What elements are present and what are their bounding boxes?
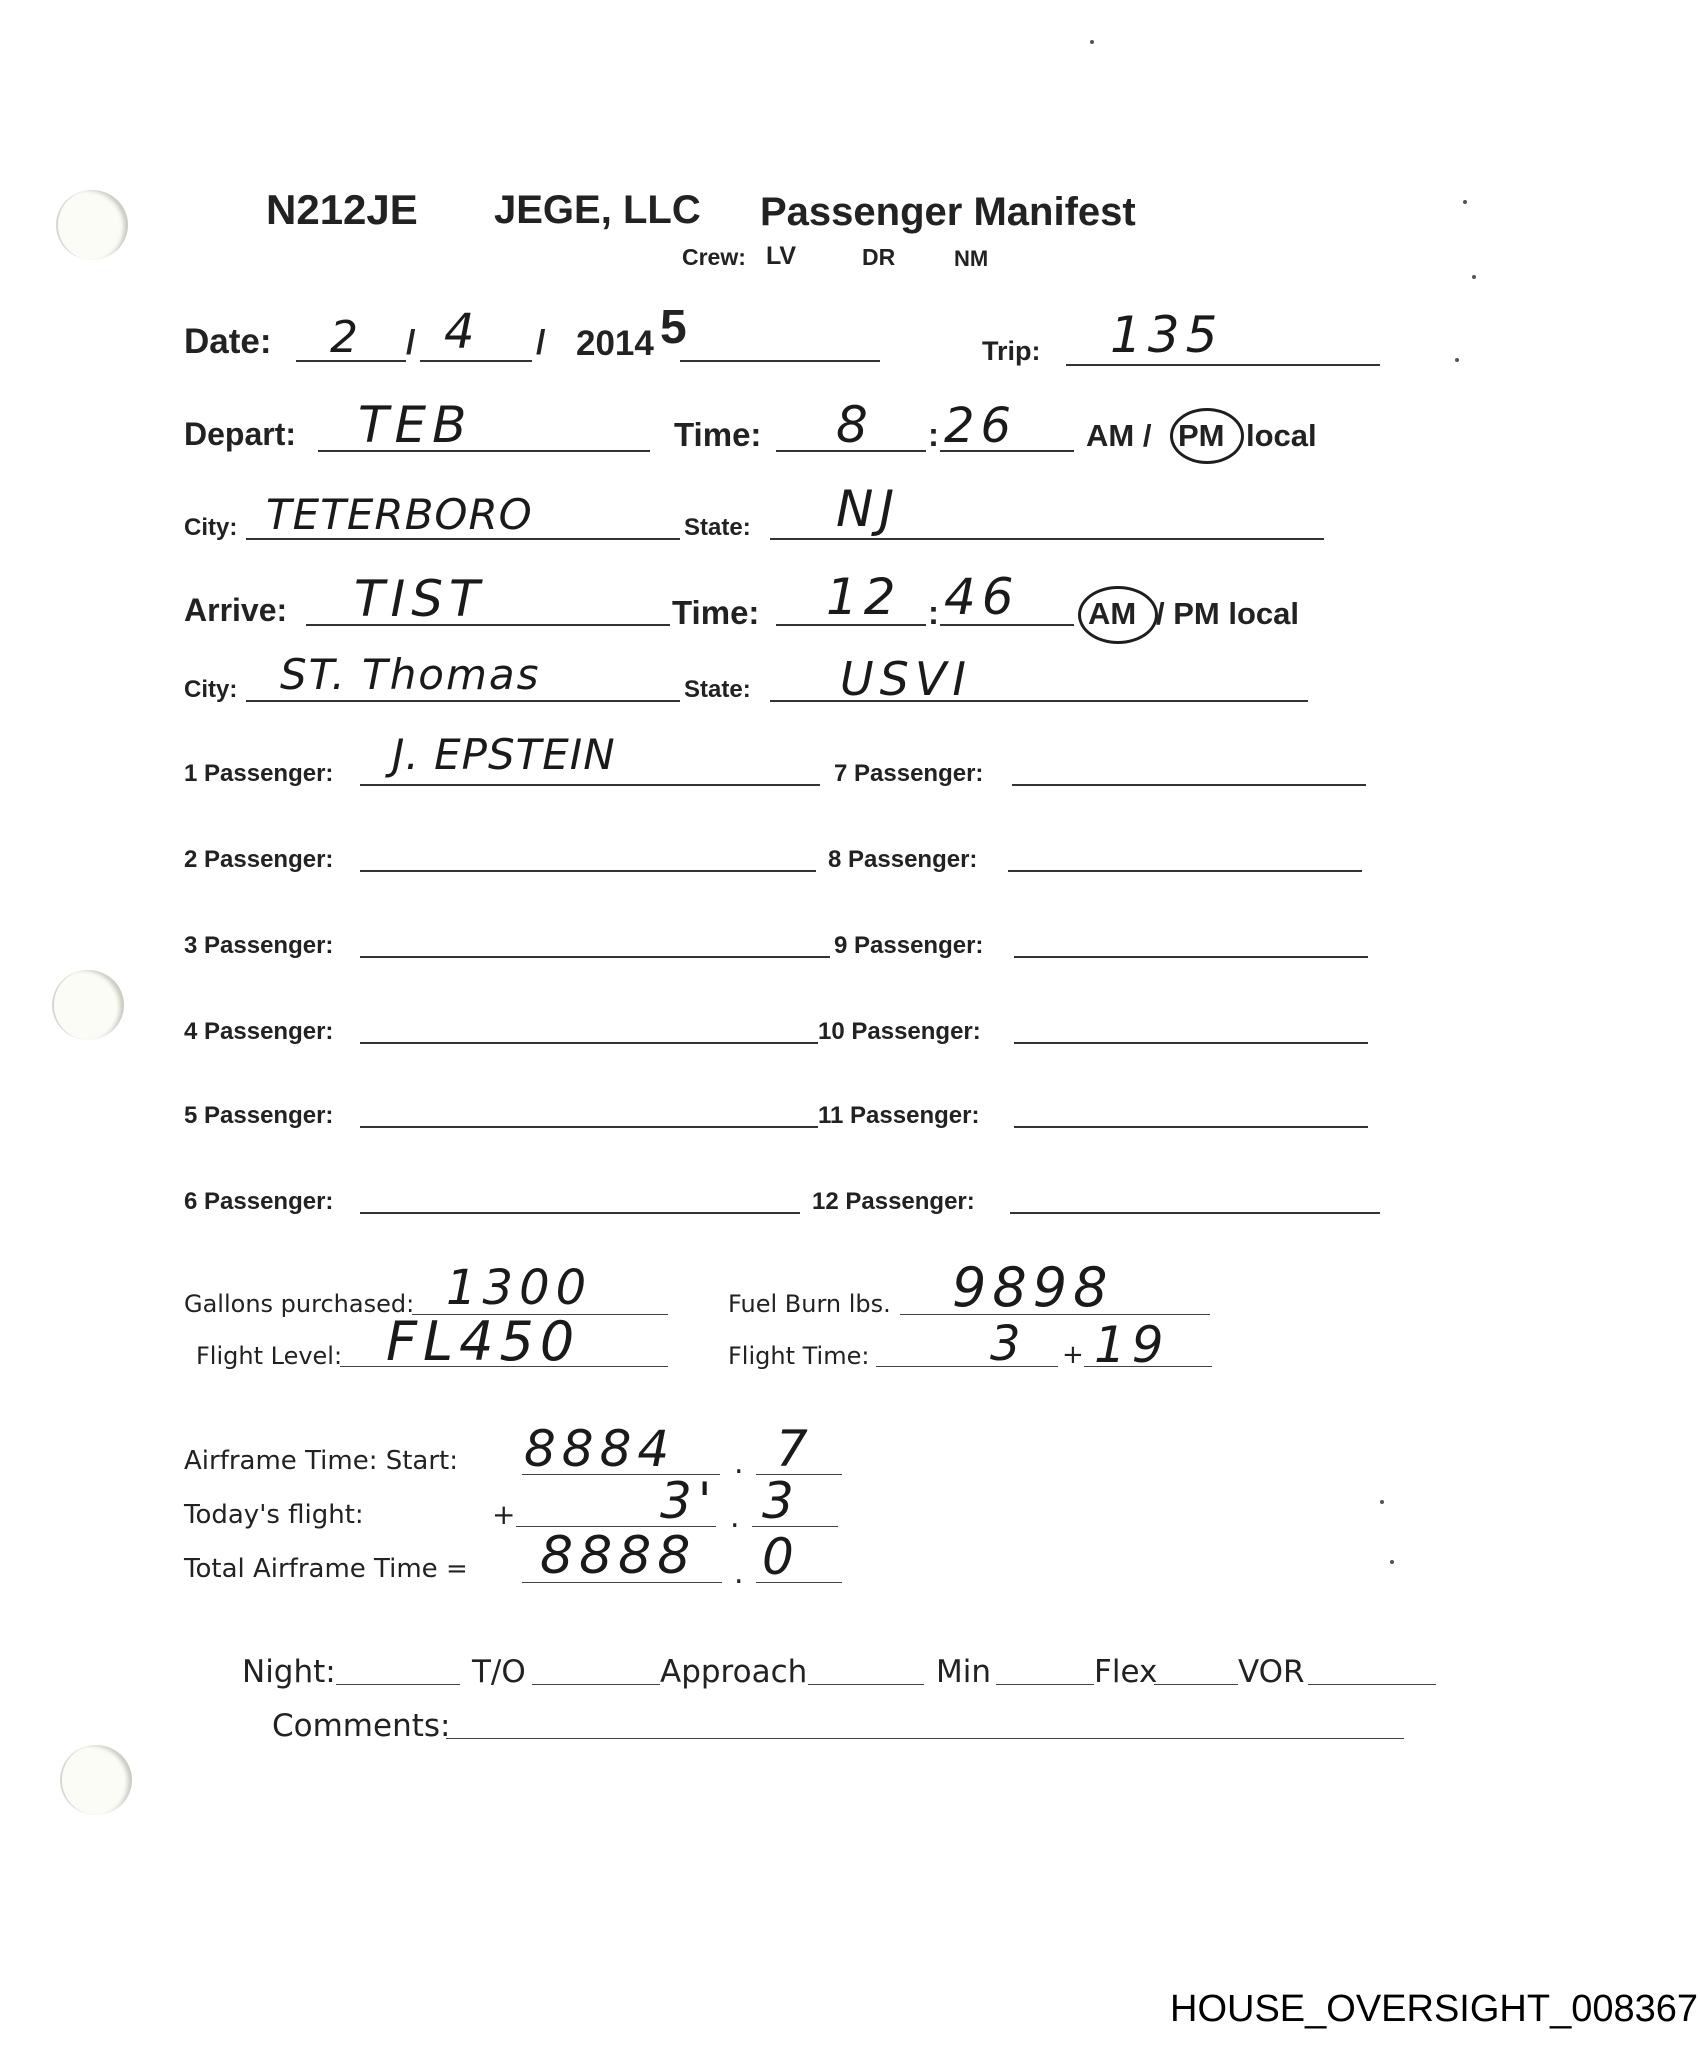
todays-flight-plus: + (492, 1498, 515, 1531)
min-label: Min (936, 1654, 991, 1690)
depart-state-value[interactable]: NJ (836, 480, 900, 538)
punch-hole-bottom (60, 1745, 132, 1815)
date-day-value[interactable]: 4 (444, 304, 481, 360)
passenger-8-label: 8 Passenger: (828, 846, 977, 874)
depart-hour-value[interactable]: 8 (836, 396, 874, 454)
depart-city-label: City: (184, 514, 237, 542)
passenger-4-label: 4 Passenger: (184, 1018, 333, 1046)
arrive-city-line (246, 700, 680, 702)
date-separator-2: / (536, 324, 545, 363)
trip-value[interactable]: 135 (1110, 306, 1223, 364)
trip-line (1066, 364, 1380, 366)
comments-line[interactable] (446, 1738, 1404, 1739)
flight-time-minutes-value[interactable]: 19 (1094, 1316, 1170, 1374)
fuel-burn-value[interactable]: 9898 (952, 1256, 1113, 1319)
passenger-1-label: 1 Passenger: (184, 760, 333, 788)
arrive-label: Arrive: (184, 592, 287, 629)
total-airframe-tenth-value[interactable]: 0 (762, 1528, 800, 1586)
total-airframe-whole-value[interactable]: 8888 (540, 1526, 696, 1586)
passenger-6-label: 6 Passenger: (184, 1188, 333, 1216)
passenger-10-line[interactable] (1014, 1042, 1368, 1044)
airframe-start-dot: . (734, 1446, 744, 1481)
depart-time-colon: : (928, 416, 939, 454)
vor-line[interactable] (1308, 1684, 1436, 1685)
passenger-4-line[interactable] (360, 1042, 818, 1044)
fuel-burn-label: Fuel Burn lbs. (728, 1290, 891, 1318)
passenger-1-value[interactable]: J. EPSTEIN (392, 730, 616, 779)
depart-label: Depart: (184, 416, 296, 453)
arrive-airport-value[interactable]: TIST (354, 570, 486, 628)
arrive-time-colon: : (928, 594, 939, 632)
scan-speck (1455, 358, 1459, 362)
arrive-minute-value[interactable]: 46 (944, 568, 1020, 626)
flight-level-label: Flight Level: (196, 1342, 342, 1370)
todays-flight-tenth-value[interactable]: 3 (762, 1472, 800, 1530)
passenger-11-label: 11 Passenger: (818, 1102, 979, 1130)
page-title: Passenger Manifest (760, 190, 1136, 235)
scan-speck (1472, 275, 1476, 279)
approach-label: Approach (660, 1654, 807, 1690)
punch-hole-middle (52, 970, 124, 1040)
depart-city-value[interactable]: TETERBORO (266, 490, 533, 539)
total-airframe-dot: . (734, 1556, 744, 1591)
airframe-start-whole-value[interactable]: 8884 (524, 1420, 675, 1478)
passenger-10-label: 10 Passenger: (818, 1018, 981, 1046)
flex-line[interactable] (1154, 1684, 1238, 1685)
arrive-city-label: City: (184, 676, 237, 704)
gallons-purchased-label: Gallons purchased: (184, 1290, 414, 1318)
depart-time-label: Time: (674, 416, 761, 454)
arrive-state-value[interactable]: USVI (840, 652, 972, 706)
passenger-9-label: 9 Passenger: (834, 932, 983, 960)
passenger-1-line (360, 784, 820, 786)
company-name: JEGE, LLC (494, 188, 701, 233)
passenger-2-label: 2 Passenger: (184, 846, 333, 874)
bates-number: HOUSE_OVERSIGHT_008367 (1170, 1988, 1698, 2031)
approach-line[interactable] (808, 1684, 924, 1685)
todays-flight-dot: . (730, 1500, 740, 1535)
passenger-6-line[interactable] (360, 1212, 800, 1214)
gallons-purchased-value[interactable]: 1300 (446, 1260, 592, 1316)
scan-speck (1463, 200, 1467, 204)
date-year-correction[interactable]: 5 (660, 300, 687, 355)
depart-pm-selected-circle (1170, 408, 1244, 464)
vor-label: VOR (1238, 1654, 1305, 1690)
arrive-state-label: State: (684, 676, 751, 704)
date-year-line (680, 360, 880, 362)
depart-state-line (770, 538, 1324, 540)
depart-local-label: local (1246, 418, 1317, 454)
flex-label: Flex (1094, 1654, 1157, 1690)
takeoff-line[interactable] (532, 1684, 660, 1685)
todays-flight-whole-value[interactable]: 3' (660, 1472, 718, 1530)
passenger-9-line[interactable] (1014, 956, 1368, 958)
passenger-7-label: 7 Passenger: (834, 760, 983, 788)
depart-am-option[interactable]: AM / (1086, 418, 1151, 454)
date-month-value[interactable]: 2 (330, 312, 364, 363)
flight-time-hours-value[interactable]: 3 (990, 1316, 1027, 1372)
depart-state-label: State: (684, 514, 751, 542)
passenger-3-label: 3 Passenger: (184, 932, 333, 960)
night-line[interactable] (336, 1684, 460, 1685)
crew-member-1: LV (766, 242, 796, 271)
tail-number: N212JE (266, 186, 418, 234)
passenger-3-line[interactable] (360, 956, 830, 958)
passenger-7-line[interactable] (1012, 784, 1366, 786)
arrive-pm-option[interactable]: / PM local (1156, 596, 1299, 632)
flight-time-plus: + (1062, 1340, 1084, 1370)
flight-time-label: Flight Time: (728, 1342, 869, 1370)
crew-label: Crew: (682, 244, 746, 271)
date-separator-1: / (406, 324, 415, 363)
min-line[interactable] (996, 1684, 1094, 1685)
comments-label: Comments: (272, 1708, 450, 1744)
passenger-12-line[interactable] (1010, 1212, 1380, 1214)
scan-speck (1390, 1560, 1394, 1564)
date-label: Date: (184, 322, 272, 362)
trip-label: Trip: (982, 336, 1041, 367)
depart-airport-value[interactable]: TEB (358, 396, 472, 454)
arrive-time-label: Time: (672, 594, 759, 632)
date-day-line (420, 360, 532, 362)
punch-hole-top (56, 190, 128, 260)
total-airframe-label: Total Airframe Time = (184, 1554, 468, 1584)
night-label: Night: (242, 1654, 336, 1690)
date-year-printed: 2014 (576, 324, 654, 364)
depart-minute-value[interactable]: 26 (944, 398, 1017, 454)
passenger-12-label: 12 Passenger: (812, 1188, 975, 1216)
airframe-start-label: Airframe Time: Start: (184, 1446, 458, 1476)
takeoff-label: T/O (472, 1654, 526, 1690)
arrive-am-selected-circle (1078, 586, 1158, 644)
flight-time-hours-line (876, 1366, 1058, 1367)
scan-speck (1090, 40, 1094, 44)
passenger-2-line[interactable] (360, 870, 816, 872)
passenger-8-line[interactable] (1008, 870, 1362, 872)
todays-flight-label: Today's flight: (184, 1500, 364, 1530)
passenger-5-label: 5 Passenger: (184, 1102, 333, 1130)
passenger-11-line[interactable] (1014, 1126, 1368, 1128)
arrive-city-value[interactable]: ST. Thomas (280, 650, 541, 699)
passenger-5-line[interactable] (360, 1126, 818, 1128)
scan-speck (1380, 1500, 1384, 1504)
crew-member-2: DR (862, 244, 895, 271)
airframe-start-tenth-value[interactable]: 7 (776, 1420, 814, 1478)
flight-level-value[interactable]: FL450 (386, 1310, 580, 1373)
arrive-hour-value[interactable]: 12 (826, 568, 902, 626)
crew-member-3: NM (954, 246, 988, 272)
